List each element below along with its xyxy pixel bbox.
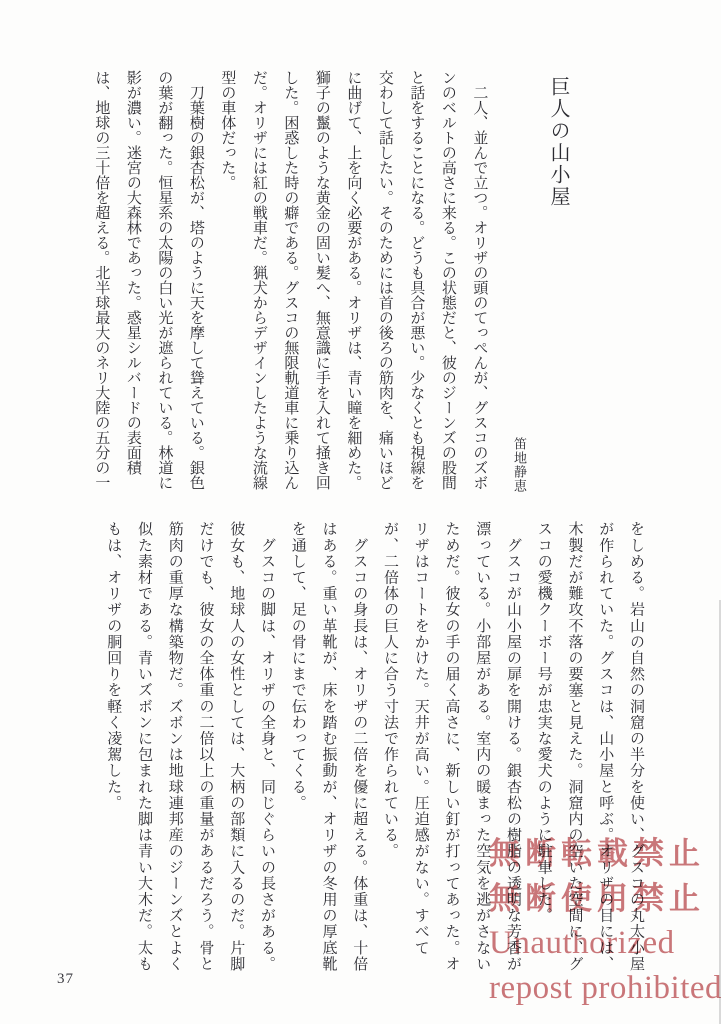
watermark-line-latin: repost prohibited.: [489, 966, 721, 1011]
watermark-line-kanji: 無断使用禁止: [489, 876, 721, 921]
copyright-watermark: 無断転載禁止 無断使用禁止 Unauthorized repost prohib…: [489, 831, 721, 1011]
top-text-block: 巨人の山小屋 笛地静恵 二人、並んで立つ。オリザの頭のてっぺんが、グスコのズボン…: [85, 70, 575, 493]
paragraph: 刀葉樹の銀杏松が、塔のように天を摩して聳えている。銀色の葉が翻った。恒星系の太陽…: [85, 70, 211, 493]
author-name: 笛地静恵: [506, 70, 531, 493]
watermark-line-kanji: 無断転載禁止: [489, 831, 721, 876]
paragraph: グスコの脚は、オリザの全身と、同じぐらいの長さがある。彼女も、地球人の女性として…: [98, 521, 283, 977]
watermark-line-latin: Unauthorized: [489, 921, 721, 966]
page-number: 37: [57, 971, 74, 988]
paragraph: 二人、並んで立つ。オリザの頭のてっぺんが、グスコのズボンのベルトの高さに来る。こ…: [211, 70, 495, 493]
story-title: 巨人の山小屋: [541, 70, 575, 493]
document-page: 巨人の山小屋 笛地静恵 二人、並んで立つ。オリザの頭のてっぺんが、グスコのズボン…: [0, 0, 721, 1024]
paragraph: グスコの身長は、オリザの二倍を優に超える。体重は、十倍はある。重い革靴が、床を踏…: [282, 521, 374, 977]
